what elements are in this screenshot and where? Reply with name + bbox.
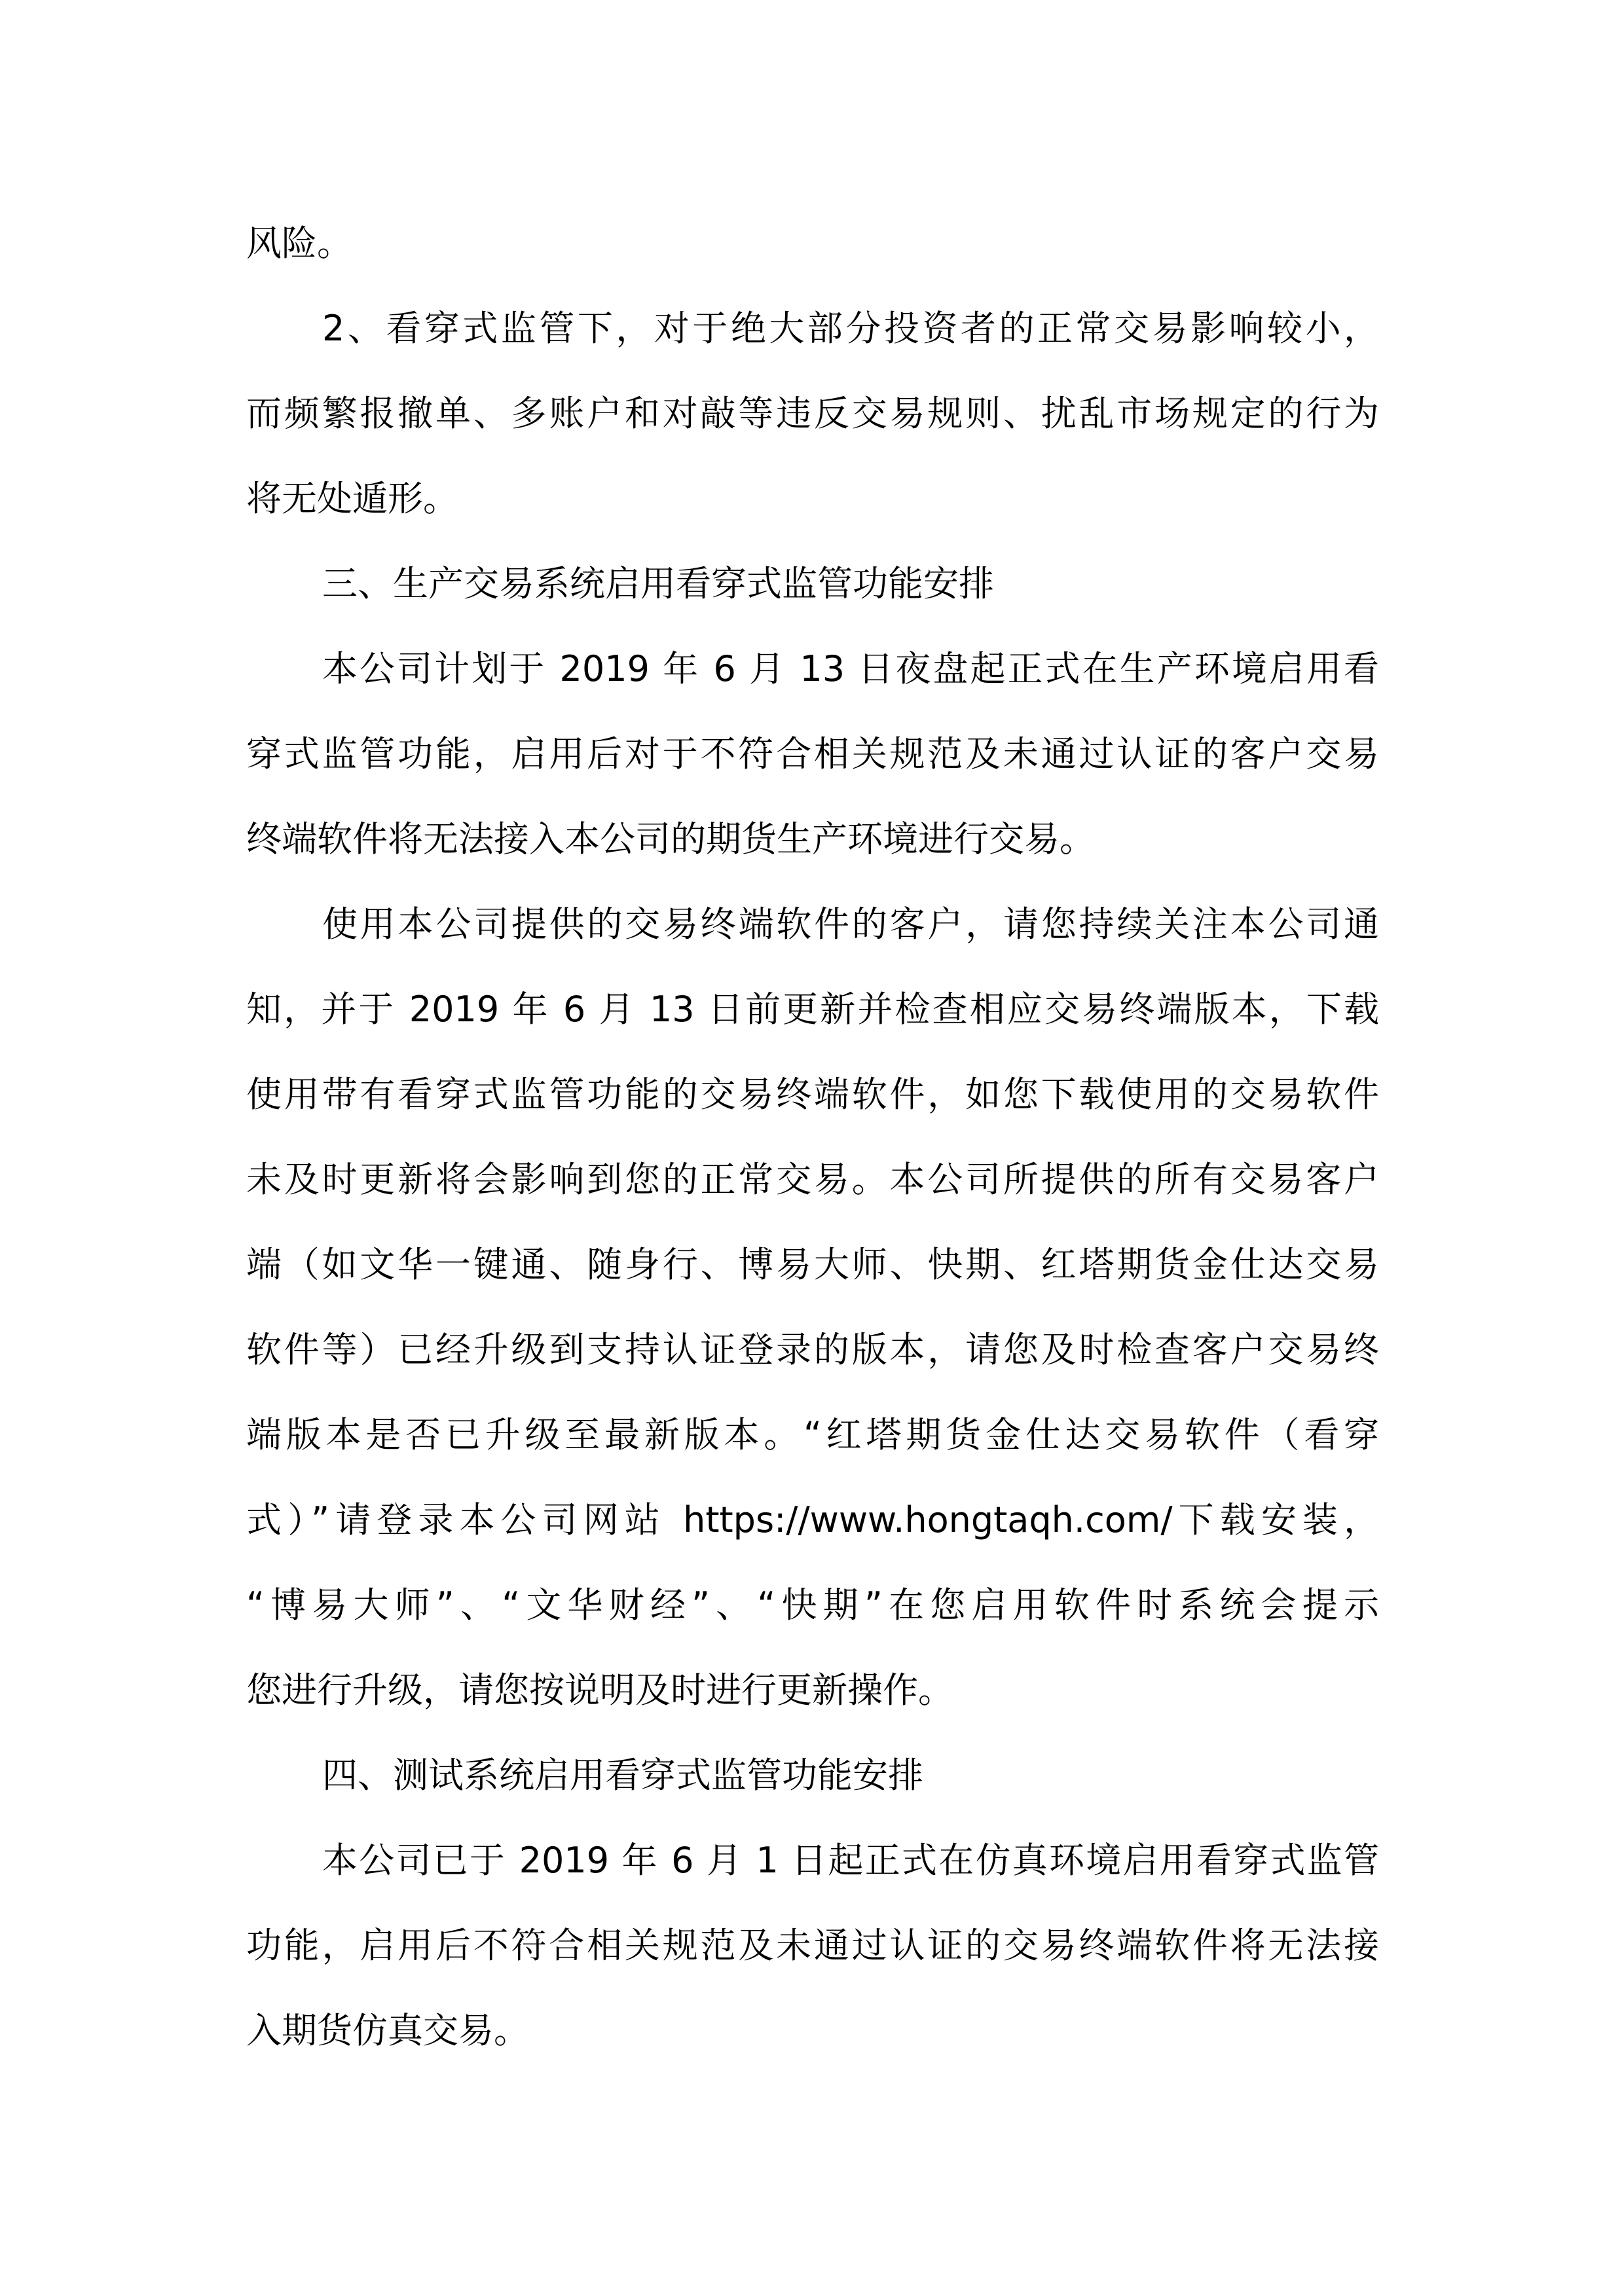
- text-line: 端版本是否已升级至最新版本。“红塔期货金仕达交易软件（看穿: [246, 1406, 1379, 1491]
- text-line: 2、看穿式监管下，对于绝大部分投资者的正常交易影响较小，: [246, 299, 1379, 384]
- text-line: 端（如文华一键通、随身行、博易大师、快期、红塔期货金仕达交易: [246, 1235, 1379, 1321]
- text-line: 使用带有看穿式监管功能的交易终端软件，如您下载使用的交易软件: [246, 1065, 1379, 1150]
- text-line: 未及时更新将会影响到您的正常交易。本公司所提供的所有交易客户: [246, 1150, 1379, 1235]
- document-body: 风险。 2、看穿式监管下，对于绝大部分投资者的正常交易影响较小， 而频繁报撤单、…: [246, 214, 1379, 2086]
- text-line: 您进行升级，请您按说明及时进行更新操作。: [246, 1661, 1379, 1746]
- text-line: 入期货仿真交易。: [246, 2001, 1379, 2086]
- text-line: 本公司已于 2019 年 6 月 1 日起正式在仿真环境启用看穿式监管: [246, 1831, 1379, 1916]
- text-line: 功能，启用后不符合相关规范及未通过认证的交易终端软件将无法接: [246, 1916, 1379, 2001]
- text-line: 终端软件将无法接入本公司的期货生产环境进行交易。: [246, 810, 1379, 895]
- text-line: “博易大师”、“文华财经”、“快期”在您启用软件时系统会提示: [246, 1576, 1379, 1661]
- section-heading: 四、测试系统启用看穿式监管功能安排: [246, 1746, 1379, 1831]
- section-heading: 三、生产交易系统启用看穿式监管功能安排: [246, 555, 1379, 640]
- text-line: 风险。: [246, 214, 1379, 299]
- text-line: 本公司计划于 2019 年 6 月 13 日夜盘起正式在生产环境启用看: [246, 640, 1379, 725]
- text-line: 将无处遁形。: [246, 469, 1379, 555]
- text-line: 知，并于 2019 年 6 月 13 日前更新并检查相应交易终端版本，下载: [246, 980, 1379, 1065]
- document-page: 风险。 2、看穿式监管下，对于绝大部分投资者的正常交易影响较小， 而频繁报撤单、…: [0, 0, 1624, 2296]
- text-line: 而频繁报撤单、多账户和对敲等违反交易规则、扰乱市场规定的行为: [246, 384, 1379, 469]
- text-line: 使用本公司提供的交易终端软件的客户，请您持续关注本公司通: [246, 895, 1379, 980]
- text-line-with-url: 式）”请登录本公司网站 https://www.hongtaqh.com/下载安…: [246, 1491, 1379, 1576]
- text-line: 穿式监管功能，启用后对于不符合相关规范及未通过认证的客户交易: [246, 725, 1379, 810]
- text-line: 软件等）已经升级到支持认证登录的版本，请您及时检查客户交易终: [246, 1321, 1379, 1406]
